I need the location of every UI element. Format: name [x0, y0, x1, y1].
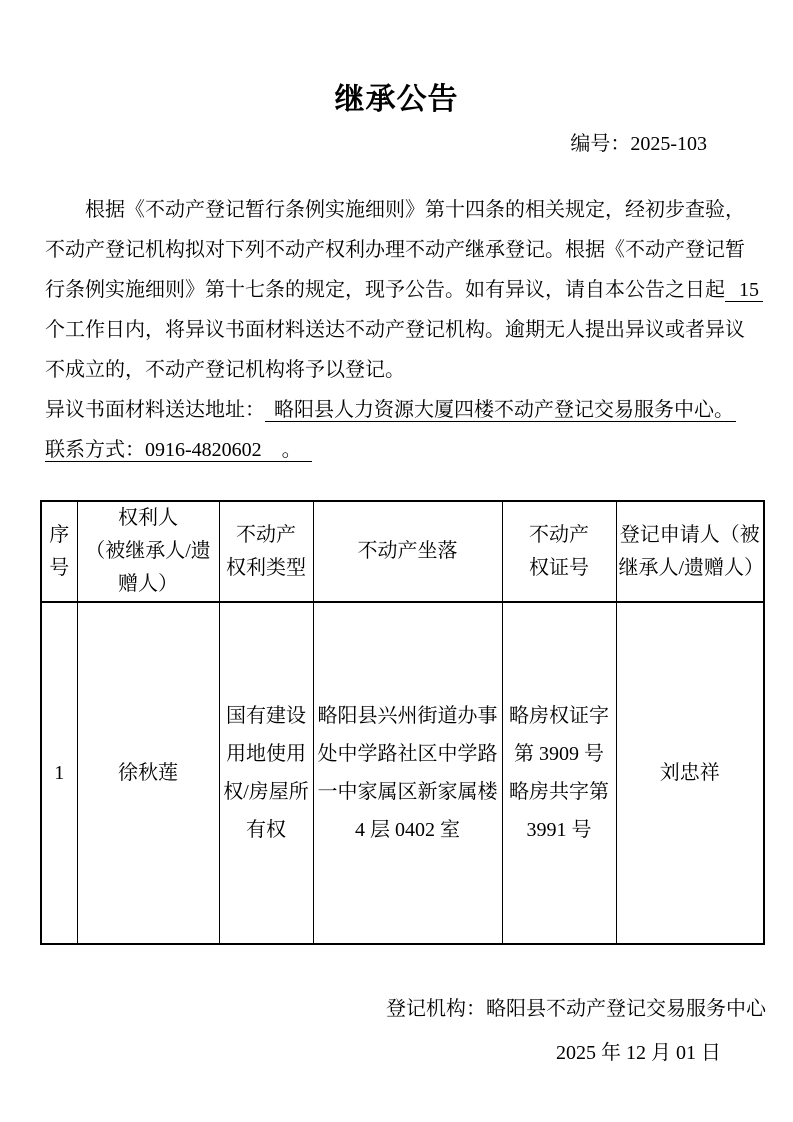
announcement-page: 继承公告 编号：2025-103 根据《不动产登记暂行条例实施细则》第十四条的相… [0, 0, 793, 1122]
header-cert-no-line-2: 权证号 [505, 552, 614, 585]
registration-authority: 登记机构：略阳县不动产登记交易服务中心 [386, 992, 766, 1021]
cell-right-holder: 徐秋莲 [77, 602, 219, 944]
header-cell-right-holder: 权利人（被继承人/遗赠人） [77, 501, 219, 602]
cell-right-type: 国有建设用地使用权/房屋所有权 [219, 602, 313, 944]
notice-body: 根据《不动产登记暂行条例实施细则》第十四条的相关规定，经初步查验， 不动产登记机… [45, 190, 750, 470]
cell-location: 略阳县兴州街道办事处中学路社区中学路一中家属区新家属楼 4 层 0402 室 [313, 602, 502, 944]
header-right-holder-line-1: 权利人 [80, 502, 217, 535]
notice-line-2: 不动产登记机构拟对下列不动产权利办理不动产继承登记。根据《不动产登记暂 [45, 230, 750, 270]
contact-line: 联系方式：0916-4820602 。 [45, 430, 750, 470]
cell-applicant: 刘忠祥 [616, 602, 764, 944]
header-cell-cert-no: 不动产权证号 [502, 501, 616, 602]
deadline-days-value: 15 [725, 279, 763, 302]
delivery-address-line: 异议书面材料送达地址：略阳县人力资源大厦四楼不动产登记交易服务中心。 [45, 390, 750, 430]
header-cell-index: 序号 [41, 501, 77, 602]
header-location-label: 不动产坐落 [316, 535, 500, 568]
deadline-text: 行条例实施细则》第十七条的规定，现予公告。如有异议，请自本公告之日起 [45, 279, 725, 301]
header-right-holder-line-2: （被继承人/遗赠人） [80, 535, 217, 601]
header-right-type-line-2: 权利类型 [222, 552, 311, 585]
cell-cert-no: 略房权证字第 3909 号略房共字第 3991 号 [502, 602, 616, 944]
header-index-label: 序号 [44, 519, 75, 585]
notice-line-4: 个工作日内，将异议书面材料送达不动产登记机构。逾期无人提出异议或者异议 [45, 310, 750, 350]
announcement-title: 继承公告 [0, 74, 793, 118]
header-cell-right-type: 不动产权利类型 [219, 501, 313, 602]
header-cell-applicant: 登记申请人（被继承人/遗赠人） [616, 501, 764, 602]
header-cert-no-line-1: 不动产 [505, 519, 614, 552]
contact-value: 联系方式：0916-4820602 。 [45, 439, 312, 462]
registration-table: 序号 权利人（被继承人/遗赠人） 不动产权利类型 不动产坐落 不动产权证号 登记… [40, 500, 765, 945]
notice-line-3: 行条例实施细则》第十七条的规定，现予公告。如有异议，请自本公告之日起15 [45, 270, 750, 310]
notice-line-5: 不成立的，不动产登记机构将予以登记。 [45, 350, 750, 390]
header-cell-location: 不动产坐落 [313, 501, 502, 602]
header-right-type-line-1: 不动产 [222, 519, 311, 552]
notice-line-1: 根据《不动产登记暂行条例实施细则》第十四条的相关规定，经初步查验， [45, 190, 750, 230]
cell-index: 1 [41, 602, 77, 944]
delivery-address-label: 异议书面材料送达地址： [45, 399, 265, 421]
doc-number: 编号：2025-103 [570, 127, 707, 156]
header-applicant-label: 登记申请人（被继承人/遗赠人） [619, 519, 762, 585]
announcement-date: 2025 年 12 月 01 日 [556, 1036, 721, 1065]
table-data-row: 1 徐秋莲 国有建设用地使用权/房屋所有权 略阳县兴州街道办事处中学路社区中学路… [41, 602, 764, 944]
table-header-row: 序号 权利人（被继承人/遗赠人） 不动产权利类型 不动产坐落 不动产权证号 登记… [41, 501, 764, 602]
delivery-address-value: 略阳县人力资源大厦四楼不动产登记交易服务中心。 [265, 399, 736, 422]
